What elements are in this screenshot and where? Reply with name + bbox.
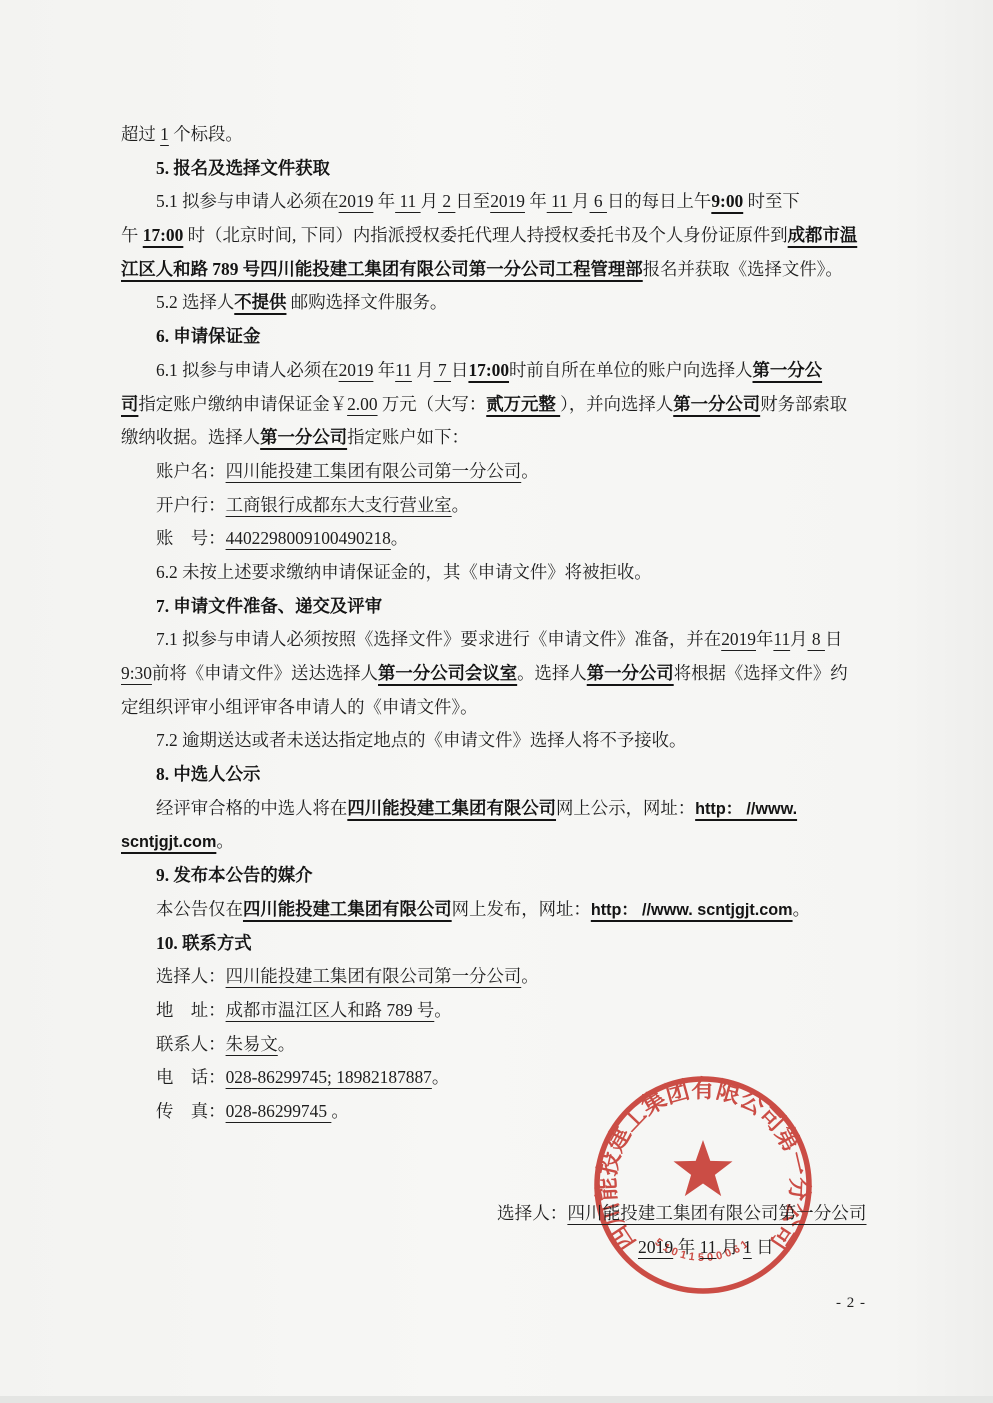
text-line: 传 真：028-86299745 。 (121, 1095, 889, 1129)
text-run: 日 (451, 360, 468, 380)
text-run: 午 (121, 225, 143, 245)
text-run: 联系人： (156, 1034, 226, 1054)
text-run: 。 (331, 1101, 348, 1121)
text-run: scntjgjt.com (121, 833, 216, 851)
text-run: 9:30 (121, 663, 152, 683)
star-icon (674, 1140, 733, 1196)
text-run: 将根据《选择文件》约 (674, 663, 848, 683)
text-run: 四川能投建工集团有限公司 (347, 798, 556, 818)
text-run: 1 (743, 1237, 752, 1257)
text-run: 2019 (339, 360, 374, 380)
text-run: 11 (700, 1237, 717, 1257)
text-run: 6 (590, 191, 607, 211)
text-run: 2019 (638, 1237, 673, 1257)
text-line: 午 17:00 时（北京时间, 下同）内指派授权委托代理人持授权委托书及个人身份… (121, 219, 889, 253)
text-run: 11 (547, 191, 572, 211)
text-line: 5.1 拟参与申请人必须在2019 年 11 月 2 日至2019 年 11 月… (121, 185, 889, 219)
text-run: 7.1 拟参与申请人必须按照《选择文件》要求进行《申请文件》准备，并在 (156, 629, 721, 649)
text-run: 4402298009100490218 (226, 528, 391, 548)
text-run: 7. 申请文件准备、递交及评审 (156, 596, 382, 616)
text-run: 日 (825, 629, 842, 649)
text-line: 经评审合格的中选人将在四川能投建工集团有限公司网上公示，网址：http： //w… (121, 792, 889, 826)
text-line: 账户名：四川能投建工集团有限公司第一分公司。 (121, 455, 889, 489)
text-run: 5. 报名及选择文件获取 (156, 158, 330, 178)
text-run: 6. 申请保证金 (156, 326, 260, 346)
text-run: 报名并获取《选择文件》。 (643, 259, 843, 279)
text-run: 传 真： (156, 1101, 226, 1121)
text-run: 个标段。 (169, 124, 243, 144)
text-run: 时前自所在单位的账户向选择人 (509, 360, 752, 380)
text-run: 前将《申请文件》送达选择人 (152, 663, 378, 683)
text-line: 7.2 逾期送达或者未送达指定地点的《申请文件》选择人将不予接收。 (121, 724, 889, 758)
text-run: 。 (216, 831, 233, 851)
text-run: 2019 (339, 191, 374, 211)
text-run: 。 (391, 528, 408, 548)
text-run: 江区人和路 789 号四川能投建工集团有限公司第一分公司工程管理部 (121, 259, 643, 279)
text-line: 9. 发布本公告的媒介 (121, 859, 889, 893)
text-run: 选择人： (497, 1203, 567, 1223)
text-run: 028-86299745 (226, 1101, 332, 1121)
text-run: 17:00 (143, 225, 184, 245)
text-line: 电 话：028-86299745; 18982187887。 (121, 1061, 889, 1095)
text-run: 。 (521, 966, 538, 986)
text-run: 账 号： (156, 528, 226, 548)
text-run: 日 (752, 1237, 774, 1257)
text-run: 9. 发布本公告的媒介 (156, 865, 313, 885)
text-run: 。 (434, 1000, 451, 1020)
text-line: 开户行：工商银行成都东大支行营业室。 (121, 489, 889, 523)
text-run: 。 (521, 461, 538, 481)
text-run: 司 (121, 394, 138, 414)
text-run: 11 (395, 360, 412, 380)
text-line: 账 号：4402298009100490218。 (121, 522, 889, 556)
text-run: 第一分公司会议室 (378, 663, 517, 683)
text-run: 8. 中选人公示 (156, 764, 260, 784)
text-line: 本公告仅在四川能投建工集团有限公司网上发布，网址：http： //www. sc… (121, 893, 889, 927)
text-run: 时（北京时间, 下同）内指派授权委托代理人持授权委托书及个人身份证原件到 (183, 225, 787, 245)
text-run: 2019 (490, 191, 525, 211)
text-run: 年 (756, 629, 773, 649)
text-run: 指定账户缴纳申请保证金￥ (138, 394, 347, 414)
text-line: 9:30前将《申请文件》送达选择人第一分公司会议室。选择人第一分公司将根据《选择… (121, 657, 889, 691)
text-run: 年 (373, 191, 395, 211)
text-run: 年 (373, 360, 395, 380)
text-run: 11 (773, 629, 790, 649)
text-run: 指定账户如下： (347, 427, 469, 447)
text-line: 6. 申请保证金 (121, 320, 889, 354)
text-run: 月 (790, 629, 807, 649)
text-run: ），并向选择人 (560, 394, 673, 414)
text-run: 日至 (455, 191, 490, 211)
text-run: 5.1 拟参与申请人必须在 (156, 191, 339, 211)
text-line: 6.2 未按上述要求缴纳申请保证金的，其《申请文件》将被拒收。 (121, 556, 889, 590)
text-line: 7.1 拟参与申请人必须按照《选择文件》要求进行《申请文件》准备，并在2019年… (121, 623, 889, 657)
text-run: 第一分公司 (587, 663, 674, 683)
text-run: 6.1 拟参与申请人必须在 (156, 360, 339, 380)
text-run: 万元（大写： (378, 394, 487, 414)
text-run: 贰万元整 (486, 394, 560, 414)
signature-line: 选择人：四川能投建工集团有限公司第一分公司 (497, 1200, 867, 1225)
text-run: 1 (160, 124, 169, 144)
text-run: 7 (434, 360, 451, 380)
text-run: 朱易文 (226, 1034, 278, 1054)
text-run: http： //www. (695, 800, 797, 818)
text-line: 5.2 选择人不提供 邮购选择文件服务。 (121, 286, 889, 320)
text-run: 成都市温 (788, 225, 858, 245)
text-run: 。 (278, 1034, 295, 1054)
text-line: 缴纳收据。选择人第一分公司指定账户如下： (121, 421, 889, 455)
text-run: 地 址： (156, 1000, 226, 1020)
text-run: 月 (572, 191, 589, 211)
text-run: 第一分公司 (673, 394, 760, 414)
scanned-document-page: 超过 1 个标段。5. 报名及选择文件获取5.1 拟参与申请人必须在2019 年… (0, 0, 993, 1403)
signature-date-line: 2019 年 11 月 1 日 (638, 1234, 774, 1259)
text-line: 司指定账户缴纳申请保证金￥2.00 万元（大写：贰万元整 ），并向选择人第一分公… (121, 388, 889, 422)
text-run: 开户行： (156, 495, 226, 515)
text-run: 日的每日上午 (607, 191, 711, 211)
text-run: 缴纳收据。选择人 (121, 427, 260, 447)
text-line: 10. 联系方式 (121, 927, 889, 961)
text-run: 2 (438, 191, 455, 211)
text-run: 。 (793, 899, 810, 919)
text-run: 10. 联系方式 (156, 933, 252, 953)
text-run: 账户名： (156, 461, 226, 481)
text-line: scntjgjt.com。 (121, 825, 889, 859)
text-run: 第一分公司 (260, 427, 347, 447)
text-run: 9:00 (711, 191, 743, 211)
text-run: 17:00 (468, 360, 509, 380)
text-run: 。 (452, 495, 469, 515)
text-run: 工商银行成都东大支行营业室 (226, 495, 452, 515)
text-run: 第一分公 (753, 360, 823, 380)
text-run: 年 (673, 1237, 699, 1257)
text-line: 定组织评审小组评审各申请人的《申请文件》。 (121, 691, 889, 725)
text-run: 经评审合格的中选人将在 (156, 798, 347, 818)
text-run: 月 (421, 191, 438, 211)
text-run: 月 (717, 1237, 743, 1257)
text-line: 超过 1 个标段。 (121, 118, 889, 152)
text-run: 本公告仅在 (156, 899, 243, 919)
text-run: 四川能投建工集团有限公司第一分公司 (226, 966, 522, 986)
text-run: 时至下 (743, 191, 800, 211)
text-line: 8. 中选人公示 (121, 758, 889, 792)
text-run: 网上公示，网址： (556, 798, 695, 818)
text-line: 7. 申请文件准备、递交及评审 (121, 590, 889, 624)
text-run: 定组织评审小组评审各申请人的《申请文件》。 (121, 697, 478, 717)
text-run: 11 (395, 191, 420, 211)
text-run: 电 话： (156, 1067, 226, 1087)
text-run: 月 (412, 360, 434, 380)
text-run: 2.00 (347, 394, 377, 414)
text-line: 联系人：朱易文。 (121, 1028, 889, 1062)
text-line: 选择人：四川能投建工集团有限公司第一分公司。 (121, 960, 889, 994)
text-run: 四川能投建工集团有限公司 (243, 899, 452, 919)
text-line: 江区人和路 789 号四川能投建工集团有限公司第一分公司工程管理部报名并获取《选… (121, 253, 889, 287)
page-number: - 2 - (836, 1295, 866, 1312)
text-run: 6.2 未按上述要求缴纳申请保证金的，其《申请文件》将被拒收。 (156, 562, 652, 582)
text-run: 四川能投建工集团有限公司第一分公司 (226, 461, 522, 481)
text-run: http： //www. scntjgjt.com (591, 901, 793, 919)
text-run: 8 (808, 629, 825, 649)
text-line: 5. 报名及选择文件获取 (121, 152, 889, 186)
text-run: 7.2 逾期送达或者未送达指定地点的《申请文件》选择人将不予接收。 (156, 730, 686, 750)
text-line: 地 址：成都市温江区人和路 789 号。 (121, 994, 889, 1028)
text-run: 028-86299745; 18982187887 (226, 1067, 432, 1087)
text-run: 5.2 选择人 (156, 292, 234, 312)
text-run: 。选择人 (517, 663, 587, 683)
text-run: 超过 (121, 124, 160, 144)
text-run: 选择人： (156, 966, 226, 986)
text-run: 。 (432, 1067, 449, 1087)
text-run: 四川能投建工集团有限公司第一分公司 (567, 1203, 866, 1223)
text-run: 年 (525, 191, 547, 211)
text-run: 成都市温江区人和路 789 号 (226, 1000, 435, 1020)
text-line: 6.1 拟参与申请人必须在2019 年11 月 7 日17:00时前自所在单位的… (121, 354, 889, 388)
text-run: 邮购选择文件服务。 (286, 292, 447, 312)
text-run: 网上发布，网址： (452, 899, 591, 919)
text-run: 2019 (721, 629, 756, 649)
text-run: 财务部索取 (760, 394, 847, 414)
text-run: 不提供 (234, 292, 286, 312)
document-body: 超过 1 个标段。5. 报名及选择文件获取5.1 拟参与申请人必须在2019 年… (121, 118, 889, 1129)
